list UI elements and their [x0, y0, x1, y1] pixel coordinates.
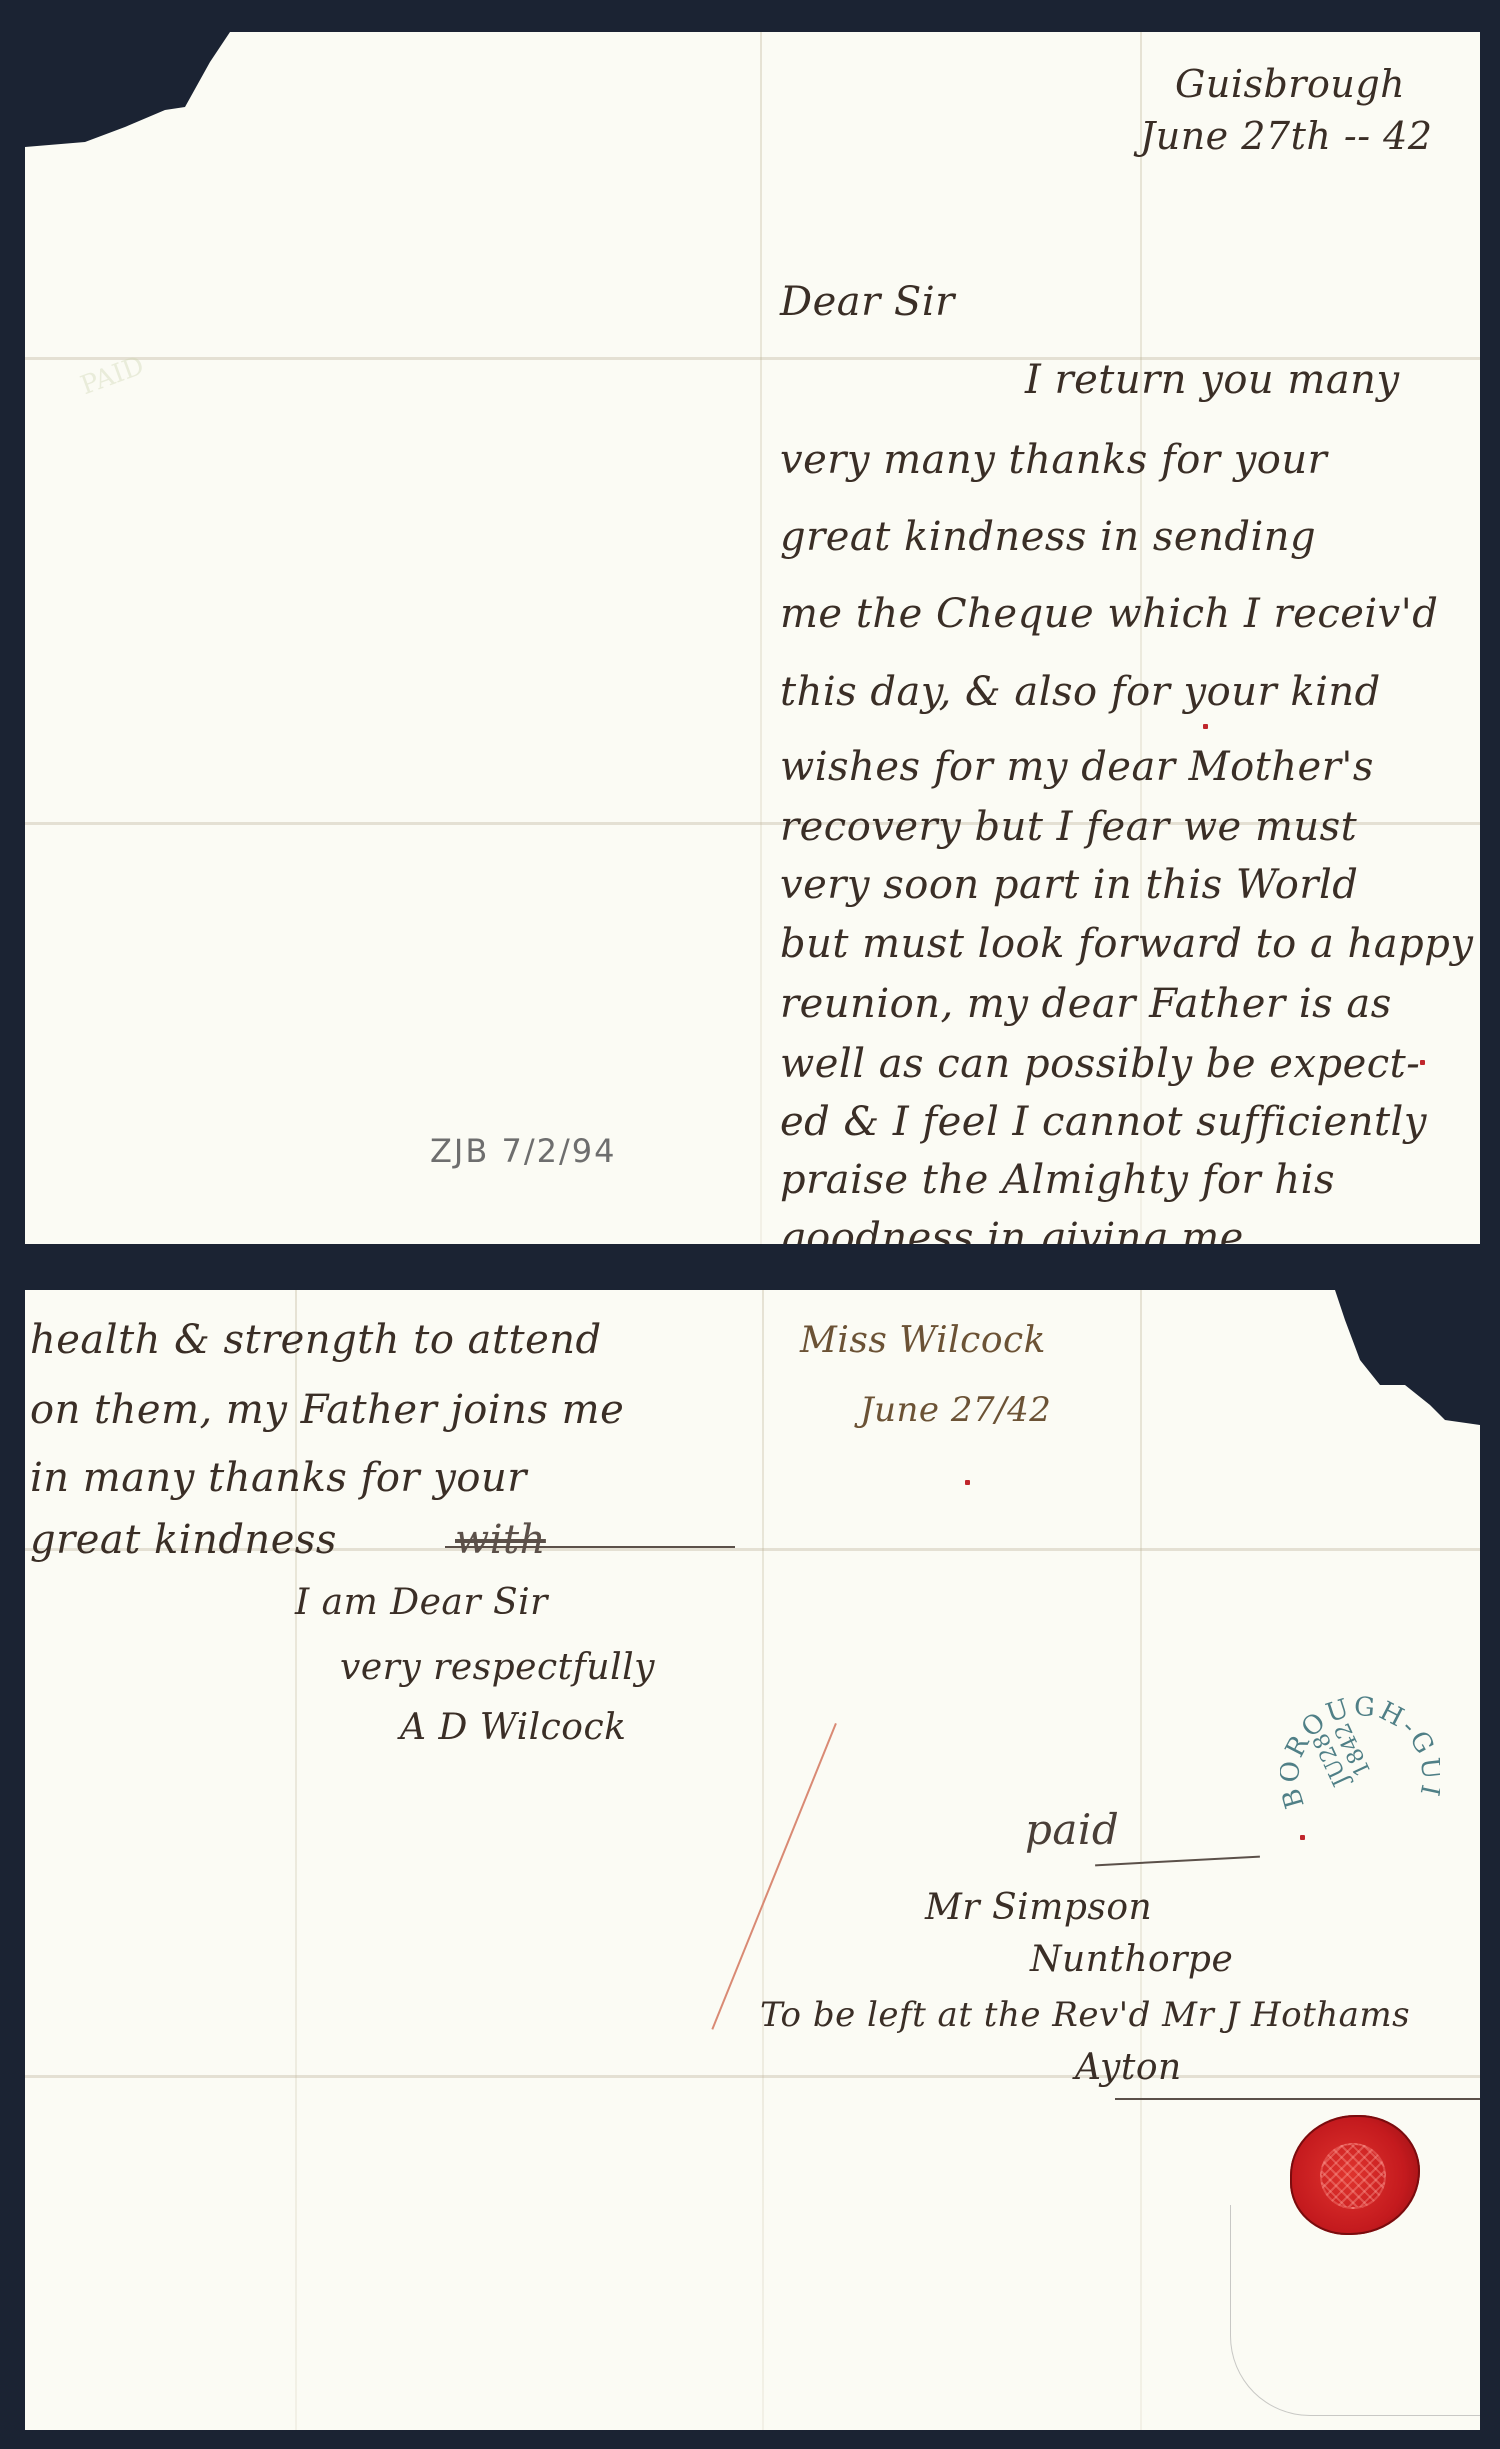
address-line: Mr Simpson	[925, 1890, 1152, 1926]
reverse-body-line: on them, my Father joins me	[30, 1390, 624, 1430]
reverse-body-line: health & strength to attend	[30, 1320, 602, 1360]
letter-place: Guisbrough	[1175, 62, 1405, 106]
body-line: recovery but I fear we must	[780, 807, 1357, 847]
body-line: but must look forward to a happy	[780, 924, 1473, 964]
pencil-annotation: ZJB 7/2/94	[430, 1132, 616, 1170]
signature: A D Wilcock	[400, 1710, 626, 1746]
address-page-sheet: health & strength to attend on them, my …	[25, 1290, 1480, 2430]
address-underline	[1115, 2098, 1480, 2100]
strike-line	[445, 1546, 735, 1548]
fold-crease-vertical	[762, 1290, 764, 2430]
body-line: very many thanks for your	[780, 440, 1327, 480]
postmark-stamp: BOROUGH-GUIS JU28 1842	[1280, 1675, 1440, 1835]
fold-crease-vertical	[1140, 1290, 1142, 2430]
red-ink-dot	[1300, 1835, 1305, 1840]
docket-name: Miss Wilcock	[800, 1320, 1046, 1361]
body-line: this day, & also for your kind	[780, 672, 1381, 712]
body-line: goodness in giving me	[780, 1218, 1244, 1244]
paper-tear-line	[1230, 2205, 1480, 2416]
body-line: great kindness in sending	[780, 517, 1316, 557]
red-ink-dot	[965, 1480, 970, 1485]
body-line: ed & I feel I cannot sufficiently	[780, 1102, 1427, 1142]
docket-date: June 27/42	[860, 1390, 1051, 1430]
body-line: praise the Almighty for his	[780, 1160, 1335, 1200]
paid-underline	[1095, 1856, 1260, 1866]
address-line: Ayton	[1075, 2050, 1182, 2086]
letter-page-sheet: PAID Guisbrough June 27th -- 42 Dear Sir…	[25, 32, 1480, 1244]
seal-crosshatch-icon	[1320, 2143, 1386, 2209]
salutation: Dear Sir	[780, 282, 955, 322]
body-line: wishes for my dear Mother's	[780, 747, 1374, 787]
address-line: Nunthorpe	[1030, 1942, 1233, 1978]
fold-crease-vertical	[760, 32, 762, 1244]
body-line: well as can possibly be expect-	[780, 1044, 1420, 1084]
closing-line: I am Dear Sir	[295, 1585, 548, 1621]
red-crayon-stroke	[711, 1723, 836, 2030]
paid-mark: paid	[1025, 1805, 1119, 1854]
reverse-body-line: in many thanks for your	[30, 1458, 527, 1498]
body-line: me the Cheque which I receiv'd	[780, 594, 1438, 634]
struck-through-word: with	[455, 1520, 546, 1560]
closing-line: very respectfully	[340, 1650, 655, 1686]
red-ink-dot	[1203, 724, 1208, 729]
fold-crease-horizontal	[25, 2075, 1480, 2078]
red-ink-dot	[1420, 1060, 1425, 1065]
body-line: reunion, my dear Father is as	[780, 984, 1392, 1024]
body-line: I return you many	[1025, 360, 1400, 400]
reverse-body-line: great kindness	[30, 1520, 337, 1560]
address-line: To be left at the Rev'd Mr J Hothams	[760, 1998, 1410, 2032]
body-line: very soon part in this World	[780, 865, 1358, 905]
letter-date: June 27th -- 42	[1140, 114, 1433, 158]
